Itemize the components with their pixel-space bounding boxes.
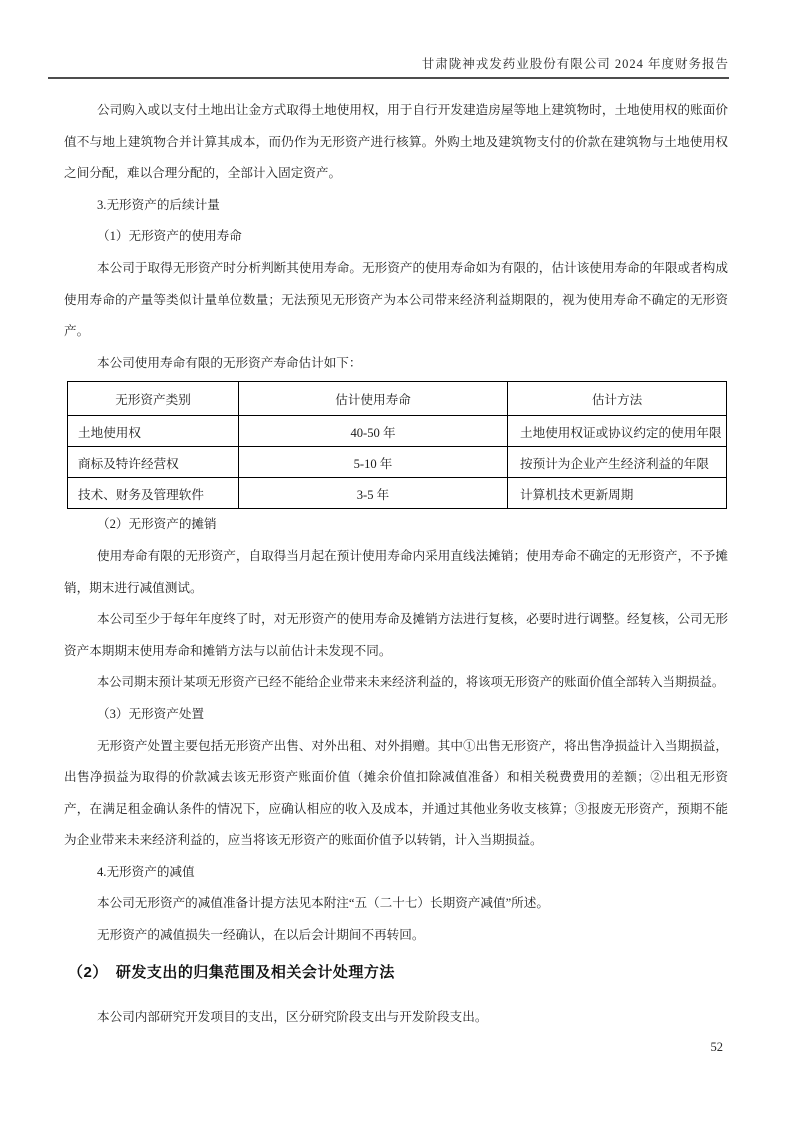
heading-disposal: （3）无形资产处置 [64,699,728,731]
table-row: 技术、财务及管理软件 3-5 年 计算机技术更新周期 [68,478,727,509]
table-cell: 3-5 年 [239,478,508,509]
paragraph-amortization: 使用寿命有限的无形资产，自取得当月起在预计使用寿命内采用直线法摊销；使用寿命不确… [64,541,728,604]
paragraph-impairment-method: 本公司无形资产的减值准备计提方法见本附注“五（二十七）长期资产减值”所述。 [64,888,728,920]
table-cell: 土地使用权证或协议约定的使用年限 [508,416,727,447]
section-heading-rd-expenditure: （2） 研发支出的归集范围及相关会计处理方法 [64,962,728,984]
report-page: 甘肃陇神戎发药业股份有限公司 2024 年度财务报告 公司购入或以支付土地出让金… [0,0,793,1122]
column-header-estimated-life: 估计使用寿命 [239,382,508,416]
useful-life-table: 无形资产类别 估计使用寿命 估计方法 土地使用权 40-50 年 土地使用权证或… [67,381,727,509]
heading-amortization: （2）无形资产的摊销 [64,509,728,541]
table-cell: 技术、财务及管理软件 [68,478,239,509]
header-title: 甘肃陇神戎发药业股份有限公司 2024 年度财务报告 [422,57,729,71]
page-number: 52 [711,1040,724,1055]
table-cell: 40-50 年 [239,416,508,447]
column-header-estimation-method: 估计方法 [508,382,727,416]
table-cell: 按预计为企业产生经济利益的年限 [508,447,727,478]
page-header: 甘肃陇神戎发药业股份有限公司 2024 年度财务报告 [48,54,729,79]
table-cell: 5-10 年 [239,447,508,478]
table-row: 商标及特许经营权 5-10 年 按预计为企业产生经济利益的年限 [68,447,727,478]
paragraph-derecognition: 本公司期末预计某项无形资产已经不能给企业带来未来经济利益的，将该项无形资产的账面… [64,667,728,699]
paragraph-table-intro: 本公司使用寿命有限的无形资产寿命估计如下： [64,348,728,380]
table-row: 土地使用权 40-50 年 土地使用权证或协议约定的使用年限 [68,416,727,447]
paragraph-disposal: 无形资产处置主要包括无形资产出售、对外出租、对外捐赠。其中①出售无形资产，将出售… [64,731,728,857]
paragraph-rd-expenditure: 本公司内部研究开发项目的支出，区分研究阶段支出与开发阶段支出。 [64,1002,728,1034]
heading-subsequent-measurement: 3.无形资产的后续计量 [64,190,728,222]
paragraph-annual-review: 本公司至少于每年年度终了时，对无形资产的使用寿命及摊销方法进行复核，必要时进行调… [64,604,728,667]
table-cell: 计算机技术更新周期 [508,478,727,509]
paragraph-useful-life: 本公司于取得无形资产时分析判断其使用寿命。无形资产的使用寿命如为有限的，估计该使… [64,253,728,348]
heading-useful-life: （1）无形资产的使用寿命 [64,221,728,253]
paragraph-land-use-rights: 公司购入或以支付土地出让金方式取得土地使用权，用于自行开发建造房屋等地上建筑物时… [64,95,728,190]
heading-impairment: 4.无形资产的减值 [64,857,728,889]
paragraph-impairment-no-reversal: 无形资产的减值损失一经确认，在以后会计期间不再转回。 [64,920,728,952]
table-cell: 商标及特许经营权 [68,447,239,478]
table-header-row: 无形资产类别 估计使用寿命 估计方法 [68,382,727,416]
document-body: 公司购入或以支付土地出让金方式取得土地使用权，用于自行开发建造房屋等地上建筑物时… [64,95,728,1033]
table-cell: 土地使用权 [68,416,239,447]
column-header-asset-category: 无形资产类别 [68,382,239,416]
